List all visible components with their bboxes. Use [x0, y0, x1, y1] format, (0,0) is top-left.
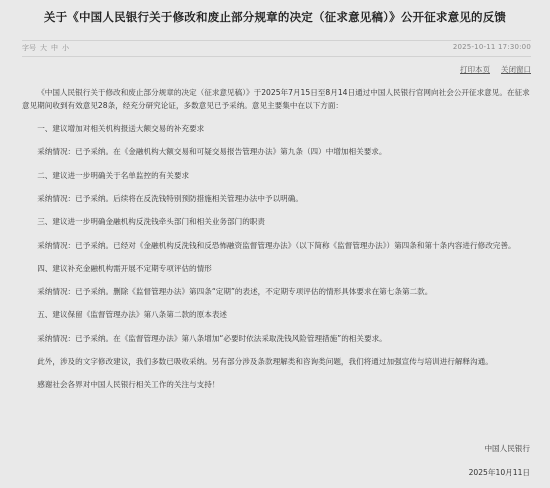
page-actions: 打印本页 关闭窗口	[460, 64, 531, 75]
intro-paragraph: 《中国人民银行关于修改和废止部分规章的决定（征求意见稿）》于2025年7月15日…	[22, 87, 532, 113]
document-page: 关于《中国人民银行关于修改和废止部分规章的决定（征求意见稿）》公开征求意见的反馈…	[0, 0, 550, 488]
font-size-large-button[interactable]: 大	[40, 43, 47, 53]
section-heading-4: 四、建议补充金融机构需开展不定期专项评估的情形	[22, 263, 532, 276]
font-size-label: 字号	[22, 43, 36, 53]
font-size-control: 字号 大 中 小	[22, 43, 69, 53]
adoption-status-2: 采纳情况：已予采纳。后续将在反洗钱特别预防措施相关管理办法中予以明确。	[22, 193, 532, 206]
adoption-status-4: 采纳情况：已予采纳。删除《监督管理办法》第四条“定期”的表述，不定期专项评估的情…	[22, 286, 532, 299]
section-heading-1: 一、建议增加对相关机构报送大额交易的补充要求	[22, 123, 532, 136]
divider-bottom	[22, 56, 531, 57]
font-size-small-button[interactable]: 小	[62, 43, 69, 53]
page-title: 关于《中国人民银行关于修改和废止部分规章的决定（征求意见稿）》公开征求意见的反馈	[0, 9, 550, 25]
signature-organization: 中国人民银行	[330, 443, 530, 454]
signature-date: 2025年10月11日	[330, 467, 530, 478]
adoption-status-5: 采纳情况：已予采纳。在《监督管理办法》第八条增加“必要时依法采取洗钱风险管理措施…	[22, 333, 532, 346]
font-size-medium-button[interactable]: 中	[51, 43, 58, 53]
adoption-status-1: 采纳情况：已予采纳。在《金融机构大额交易和可疑交易报告管理办法》第九条（四）中增…	[22, 146, 532, 159]
section-heading-5: 五、建议保留《监督管理办法》第八条第二款的原本表述	[22, 309, 532, 322]
thanks-paragraph: 感谢社会各界对中国人民银行相关工作的关注与支持！	[22, 379, 532, 392]
article-body: 《中国人民银行关于修改和废止部分规章的决定（征求意见稿）》于2025年7月15日…	[22, 87, 532, 403]
adoption-status-3: 采纳情况：已予采纳。已经对《金融机构反洗钱和反恐怖融资监督管理办法》（以下简称《…	[22, 240, 532, 253]
publish-time: 2025-10-11 17:30:00	[453, 43, 531, 51]
meta-row: 字号 大 中 小 2025-10-11 17:30:00	[22, 43, 531, 55]
section-heading-3: 三、建议进一步明确金融机构反洗钱牵头部门和相关业务部门的职责	[22, 216, 532, 229]
section-heading-2: 二、建议进一步明确关于名单监控的有关要求	[22, 170, 532, 183]
divider-top	[22, 40, 531, 41]
close-window-link[interactable]: 关闭窗口	[501, 64, 531, 75]
print-page-link[interactable]: 打印本页	[460, 64, 490, 75]
additional-notes-paragraph: 此外，涉及的文字修改建议，我们多数已吸收采纳。另有部分涉及条款理解类和咨询类问题…	[22, 356, 532, 369]
